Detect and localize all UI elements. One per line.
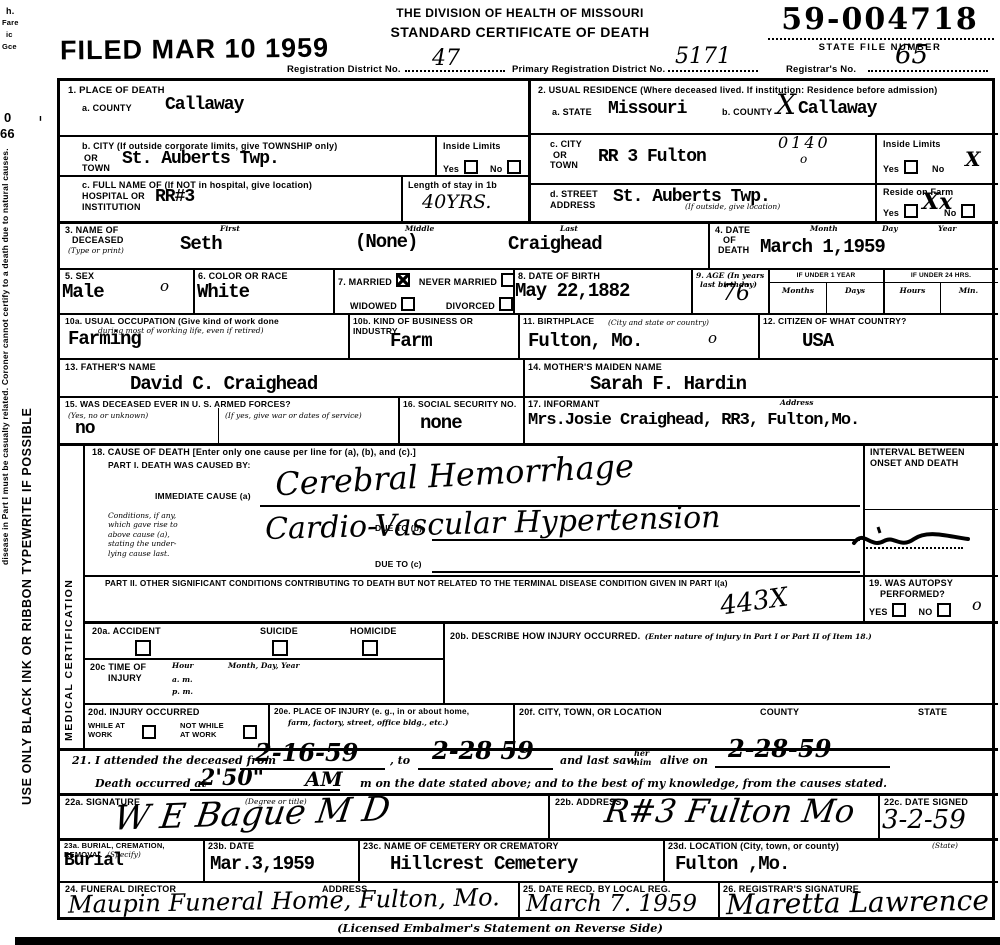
field-20f-label: 20f. CITY, TOWN, OR LOCATION: [519, 707, 662, 718]
field-20c-mdy-label: Month, Day, Year: [228, 661, 299, 670]
field-2d-label: d. STREET: [550, 189, 598, 200]
field-19-pen-mark: o: [972, 597, 982, 613]
field-3-first-label: First: [220, 224, 240, 233]
header-title: STANDARD CERTIFICATE OF DEATH: [360, 24, 680, 41]
field-1b-inside-limits-label: Inside Limits: [443, 141, 501, 152]
field-22a-signature: W E Bague M D: [112, 792, 392, 836]
field-20b-note: (Enter nature of injury in Part I or Par…: [645, 632, 872, 641]
grid-line: [443, 621, 445, 703]
field-16-label: 16. SOCIAL SECURITY NO.: [403, 399, 518, 409]
field-11-note: (City and state or country): [608, 318, 709, 327]
field-5-pen-mark: o: [160, 279, 169, 294]
field-20d-not-while-label: NOT WHILE AT WORK: [180, 721, 224, 739]
field-7-married-row: 7. MARRIED NEVER MARRIED: [338, 272, 515, 290]
field-10b-value: Farm: [390, 330, 432, 352]
field-1b-value: St. Auberts Twp.: [122, 149, 279, 169]
grid-line: [528, 81, 531, 221]
field-18-part2-label: PART II. OTHER SIGNIFICANT CONDITIONS CO…: [105, 579, 845, 589]
field-20a-homicide-label: HOMICIDE: [350, 626, 397, 637]
reg-district-label: Registration District No.: [287, 64, 401, 75]
field-25-value: March 7. 1959: [526, 893, 697, 916]
margin-fragment: h.: [6, 6, 14, 17]
field-1-title: 1. PLACE OF DEATH: [68, 85, 165, 96]
not-while-at-work-checkbox: [243, 725, 257, 739]
grid-line: [863, 547, 963, 549]
field-20a-suicide-label: SUICIDE: [260, 626, 298, 637]
grid-line: [193, 268, 195, 313]
footer-embalmer-note: (Licensed Embalmer's Statement on Revers…: [280, 921, 720, 935]
field-4-value: March 1,1959: [760, 236, 885, 258]
divorced-label: DIVORCED: [446, 301, 495, 311]
divorced-checkbox: [499, 297, 513, 311]
field-24-value: Maupin Funeral Home, Fulton, Mo.: [68, 885, 500, 917]
field-12-label: 12. CITIZEN OF WHAT COUNTRY?: [763, 316, 993, 326]
field-19-label: 19. WAS AUTOPSY: [869, 578, 953, 589]
grid-line: [83, 703, 998, 705]
field-9-months-label: Months: [770, 286, 826, 295]
grid-line: [863, 575, 865, 621]
grid-line: [60, 221, 998, 224]
field-23b-value: Mar.3,1959: [210, 853, 314, 875]
field-15-note2: (If yes, give war or dates of service): [225, 411, 390, 420]
grid-line: [435, 135, 437, 175]
grid-line: [548, 793, 550, 838]
field-2c-handwritten: 0140: [778, 135, 831, 151]
field-14-label: 14. MOTHER'S MAIDEN NAME: [528, 362, 662, 373]
field-20b-labels: 20b. DESCRIBE HOW INJURY OCCURRED. (Ente…: [450, 626, 990, 644]
field-20e-note: farm, factory, street, office bldg., etc…: [288, 718, 448, 727]
margin-fragment: Gce: [2, 42, 17, 51]
field-2c-value: RR 3 Fulton: [598, 147, 706, 167]
no-label: No: [932, 164, 944, 174]
field-16-value: none: [420, 412, 462, 434]
married-label: 7. MARRIED: [338, 277, 392, 287]
field-22c-date: 3-2-59: [882, 807, 966, 833]
grid-line: [518, 881, 520, 920]
margin-fragment: ic: [6, 30, 13, 39]
field-1a-value: Callaway: [165, 95, 243, 115]
field-9-days-label: Days: [827, 286, 883, 295]
field-2d-note: (If outside, give location): [685, 202, 780, 211]
field-10a-value: Farming: [68, 328, 141, 350]
registrar-no-label: Registrar's No.: [786, 64, 856, 75]
field-17-address-label: Address: [780, 398, 813, 407]
field-1c-stay-value: 40YRS.: [422, 193, 491, 212]
grid-line: [528, 133, 998, 135]
field-21-time-value: 2'50": [200, 767, 264, 789]
field-15-label: 15. WAS DECEASED EVER IN U. S. ARMED FOR…: [65, 399, 395, 409]
field-23a-label: 23a. BURIAL, CREMATION,: [64, 841, 202, 850]
grid-line: [878, 793, 880, 838]
field-21-herhim-label: her him: [634, 749, 651, 767]
grid-line: [83, 443, 85, 748]
field-2a-value: Missouri: [608, 99, 686, 119]
field-1c-stay-label: Length of stay in 1b: [408, 180, 523, 191]
yes-label: Yes: [883, 208, 899, 218]
grid-line: [518, 313, 520, 358]
grid-line: [60, 268, 998, 270]
grid-line: [60, 881, 998, 883]
field-18-part1-label: PART I. DEATH WAS CAUSED BY:: [108, 460, 251, 470]
field-2d-label2: ADDRESS: [550, 200, 595, 211]
grid-line: [758, 313, 760, 358]
field-9-value: 76: [722, 283, 750, 305]
filed-stamp: FILED MAR 10 1959: [60, 33, 329, 67]
grid-line: [60, 175, 528, 177]
field-7-widowed-row: WIDOWED DIVORCED: [350, 296, 513, 314]
grid-line: [523, 396, 525, 443]
field-21-to-value: 2-28 59: [432, 739, 534, 763]
field-2c-inside-limits-label: Inside Limits: [883, 139, 941, 150]
certificate-form: 1. PLACE OF DEATH a. COUNTY Callaway b. …: [57, 78, 995, 920]
grid-line: [868, 70, 988, 72]
field-1c-value: RR#3: [155, 187, 194, 207]
field-2b-value: Callaway: [798, 99, 876, 119]
field-9-hours-label: Hours: [885, 286, 940, 295]
grid-line: [83, 658, 443, 660]
field-23d-state-label: (State): [932, 841, 958, 850]
grid-line: [863, 509, 998, 510]
yes-label: Yes: [443, 164, 459, 174]
field-20c-hour-label: Hour: [172, 661, 194, 670]
field-21-lastalive-value: 2-28-59: [728, 737, 831, 761]
header-dept: THE DIVISION OF HEALTH OF MISSOURI: [360, 6, 680, 20]
primary-reg-value: 5171: [675, 46, 731, 68]
field-3-middle-value: (None): [355, 231, 417, 253]
field-13-value: David C. Craighead: [130, 373, 317, 395]
field-18-conditions-note: Conditions, if any, which gave rise to a…: [108, 511, 218, 558]
grid-line: [203, 838, 205, 881]
field-2a-label: a. STATE: [552, 107, 592, 118]
field-1b-label-town: TOWN: [82, 163, 110, 174]
field-23d-label: 23d. LOCATION (City, town, or county): [668, 841, 839, 852]
field-22b-address: R#3 Fulton Mo: [603, 795, 857, 827]
field-20f-county-label: COUNTY: [760, 707, 799, 718]
field-13-label: 13. FATHER'S NAME: [65, 362, 156, 373]
while-at-work-checkbox: [142, 725, 156, 739]
homicide-checkbox: [362, 640, 378, 656]
yes-checkbox: [904, 204, 918, 218]
scan-bottom-bar: [15, 937, 1000, 945]
grid-line: [83, 621, 998, 624]
grid-line: [333, 268, 335, 313]
yes-checkbox: [904, 160, 918, 174]
field-18-label: 18. CAUSE OF DEATH [Enter only one cause…: [92, 447, 416, 458]
field-23c-label: 23c. NAME OF CEMETERY OR CREMATORY: [363, 841, 559, 852]
accident-checkbox: [135, 640, 151, 656]
grid-line: [418, 768, 553, 770]
pen-mark: ': [38, 115, 43, 133]
grid-line: [401, 175, 403, 221]
reg-district-value: 47: [432, 48, 460, 70]
field-4-day-label: Day: [882, 224, 898, 233]
field-2b-label: b. COUNTY: [722, 107, 772, 118]
field-3-label2: DECEASED: [72, 235, 124, 246]
field-26-value: Maretta Lawrence: [726, 887, 989, 920]
field-23d-value: Fulton ,Mo.: [675, 853, 789, 875]
field-3-last-value: Craighead: [508, 233, 602, 255]
grid-line: [60, 358, 998, 360]
field-20c-label2: INJURY: [108, 673, 142, 684]
field-1c-label: c. FULL NAME OF (If NOT in hospital, giv…: [82, 180, 412, 191]
field-20a-accident-label: 20a. ACCIDENT: [92, 626, 161, 637]
field-23c-value: Hillcrest Cemetery: [390, 853, 577, 875]
field-21-aliveon-label: alive on: [660, 754, 708, 767]
field-8-value: May 22,1882: [515, 280, 629, 302]
field-3-last-label: Last: [560, 224, 578, 233]
yes-label: YES: [869, 607, 888, 617]
field-3-first-value: Seth: [180, 233, 222, 255]
grid-line: [523, 358, 525, 396]
field-2c-no-handwritten-x: X: [965, 149, 981, 169]
grid-line: [60, 396, 998, 398]
married-checkbox: [396, 273, 410, 287]
no-checkbox: [507, 160, 521, 174]
field-20d-label: 20d. INJURY OCCURRED: [88, 707, 200, 718]
field-2c-label: c. CITY: [550, 139, 582, 150]
field-21-ampm-value: AM: [305, 769, 343, 789]
medical-certification-label: MEDICAL CERTIFICATION: [63, 456, 81, 741]
state-file-number-label: STATE FILE NUMBER: [765, 42, 995, 53]
field-1a-label: a. COUNTY: [82, 103, 132, 114]
field-18a-label: IMMEDIATE CAUSE (a): [155, 491, 251, 501]
field-20f-state-label: STATE: [918, 707, 947, 718]
field-20c-am-label: a. m.: [172, 675, 193, 684]
grid-line: [348, 313, 350, 358]
field-1c-label3: INSTITUTION: [82, 202, 141, 213]
no-label: No: [490, 164, 502, 174]
no-checkbox: [961, 204, 975, 218]
grid-line: [691, 268, 693, 313]
field-21-post-label: m on the date stated above; and to the b…: [360, 777, 887, 790]
grid-line: [358, 838, 360, 881]
field-17-label: 17. INFORMANT: [528, 399, 600, 410]
grid-line: [875, 133, 877, 183]
grid-line: [528, 183, 998, 185]
field-15-value: no: [75, 419, 95, 439]
never-married-checkbox: [501, 273, 515, 287]
suicide-checkbox: [272, 640, 288, 656]
primary-reg-label: Primary Registration District No.: [512, 64, 665, 75]
grid-line: [83, 575, 998, 577]
field-18-part2-value: 443X: [719, 584, 790, 619]
field-9-label: 9. AGE (In years: [696, 271, 766, 280]
field-11-value: Fulton, Mo.: [528, 330, 642, 352]
state-file-number-value: 59-004718: [765, 2, 995, 37]
field-9-under24hrs-label: IF UNDER 24 HRS.: [885, 272, 997, 280]
grid-line: [432, 571, 860, 573]
field-14-value: Sarah F. Hardin: [590, 373, 746, 395]
field-21-from-value: 2-16-59: [255, 741, 358, 765]
no-label: NO: [919, 607, 933, 617]
field-9-under1yr-label: IF UNDER 1 YEAR: [770, 272, 882, 280]
grid-line: [218, 408, 219, 443]
never-married-label: NEVER MARRIED: [419, 277, 497, 287]
field-20d-while-label: WHILE AT WORK: [88, 721, 125, 739]
field-10a-label: 10a. USUAL OCCUPATION (Give kind of work…: [65, 316, 345, 326]
field-23b-label: 23b. DATE: [208, 841, 254, 852]
margin-note-black-ink: USE ONLY BLACK INK OR RIBBON TYPEWRITE I…: [20, 165, 38, 805]
field-21-lastsaw-label: and last saw: [560, 754, 636, 767]
grid-line: [60, 443, 998, 446]
field-11-pen-mark: o: [708, 331, 717, 346]
grid-line: [875, 183, 877, 221]
field-20e-label: 20e. PLACE OF INJURY (e. g., in or about…: [274, 707, 512, 717]
no-checkbox: [937, 603, 951, 617]
grid-line: [718, 881, 720, 920]
margin-fragment: Fare: [2, 18, 19, 27]
field-6-value: White: [197, 281, 249, 303]
field-18c-label: DUE TO (c): [375, 559, 422, 569]
field-2-title: 2. USUAL RESIDENCE (Where deceased lived…: [538, 85, 990, 96]
field-17-value: Mrs.Josie Craighead, RR3, Fulton,Mo.: [528, 411, 859, 430]
field-21-to-label: , to: [390, 754, 410, 767]
field-3-label3: (Type or print): [68, 246, 124, 255]
grid-line: [663, 838, 665, 881]
field-20c-label: 20c TIME OF: [90, 662, 146, 673]
widowed-label: WIDOWED: [350, 301, 397, 311]
field-2c-handwritten2: o: [800, 153, 807, 165]
field-1c-label2: HOSPITAL OR: [82, 191, 145, 202]
death-certificate-scan: h. Fare ic Gce 0 66 ' disease in Part I …: [0, 0, 1000, 945]
grid-line: [60, 313, 998, 315]
grid-line: [708, 221, 710, 268]
field-5-value: Male: [62, 281, 104, 303]
field-4-year-label: Year: [938, 224, 956, 233]
field-2c-inside-limits-options: Yes No: [883, 159, 944, 177]
field-18-interval-label: INTERVAL BETWEEN ONSET AND DEATH: [870, 447, 995, 469]
widowed-checkbox: [401, 297, 415, 311]
yes-checkbox: [892, 603, 906, 617]
grid-line: [668, 70, 758, 72]
field-4-month-label: Month: [810, 224, 838, 233]
field-20c-pm-label: p. m.: [172, 687, 193, 696]
field-2b-handwritten-x: X: [776, 91, 796, 119]
yes-label: Yes: [883, 164, 899, 174]
field-9-min-label: Min.: [941, 286, 996, 295]
registrar-no-value: 65: [895, 42, 928, 68]
field-2c-label-town: TOWN: [550, 160, 578, 171]
grid-line: [60, 135, 528, 137]
field-20b-label: 20b. DESCRIBE HOW INJURY OCCURRED.: [450, 631, 640, 641]
field-11-label: 11. BIRTHPLACE: [523, 316, 594, 326]
field-23a-value: Burial: [64, 851, 123, 871]
field-4-label3: DEATH: [718, 245, 749, 256]
field-19-label2: PERFORMED?: [880, 589, 945, 600]
margin-note-coroner: disease in Part I must be casualty relat…: [0, 85, 13, 565]
grid-line: [715, 766, 890, 768]
field-19-options: YES NO: [869, 602, 951, 620]
field-2d-farm-handwritten-x: Xx: [922, 191, 952, 213]
grid-line: [768, 282, 998, 283]
field-12-value: USA: [802, 330, 833, 352]
field-10b-label: 10b. KIND OF BUSINESS OR INDUSTRY: [353, 316, 513, 336]
grid-line: [768, 38, 994, 40]
yes-checkbox: [464, 160, 478, 174]
grid-line: [398, 396, 400, 443]
